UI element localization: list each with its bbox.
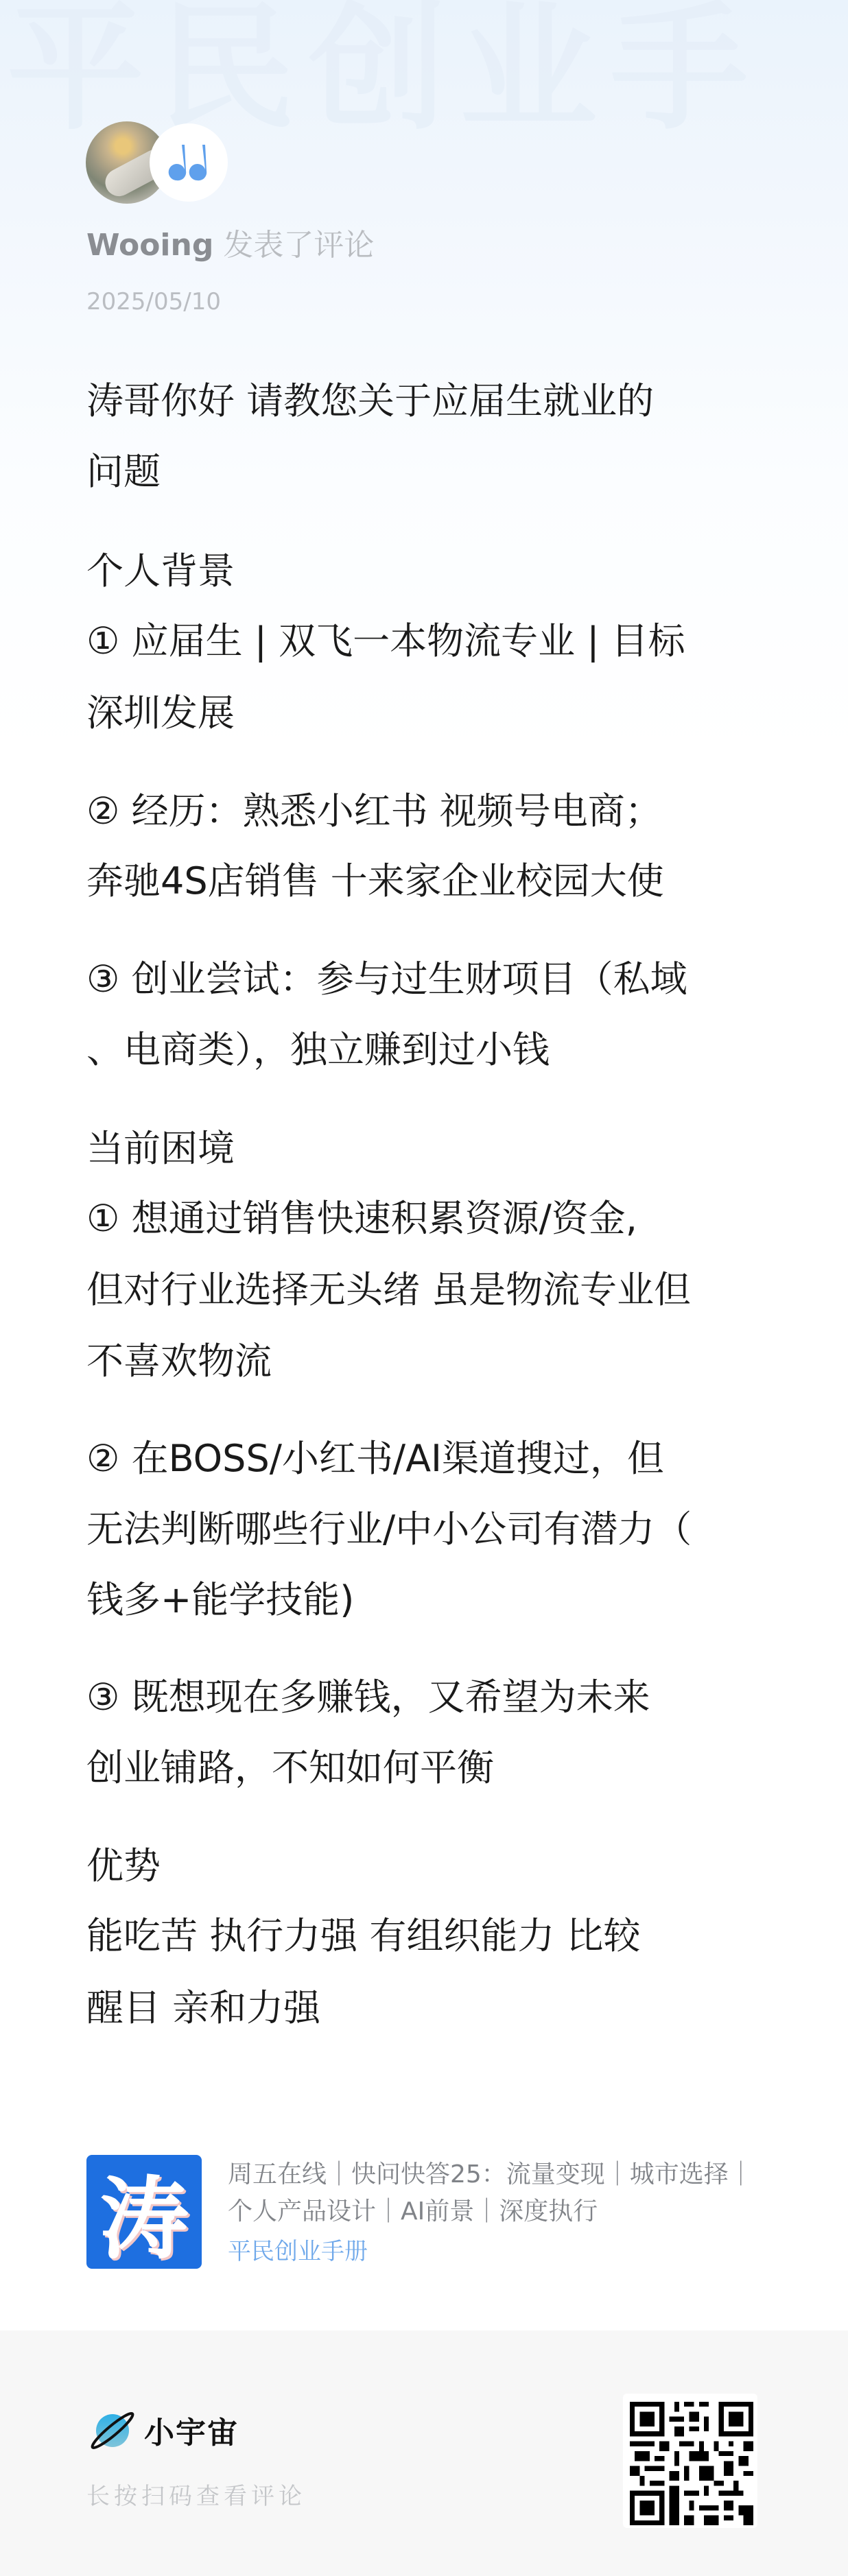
share-footer: 小宇宙 长按扫码查看评论 bbox=[0, 2330, 848, 2576]
comment-line: 深圳发展 bbox=[86, 689, 235, 737]
comment-line: ③ 创业尝试：参与过生财项目（私域 bbox=[86, 955, 687, 1003]
comment-line: ① 应届生 | 双飞一本物流专业 | 目标 bbox=[86, 617, 685, 665]
comment-line: 但对行业选择无头绪 虽是物流专业但 bbox=[86, 1266, 691, 1314]
comment-line: 钱多+能学技能) bbox=[86, 1576, 354, 1624]
qr-code-icon bbox=[630, 2402, 753, 2525]
comment-date: 2025/05/10 bbox=[86, 287, 221, 317]
comment-line: 涛哥你好 请教您关于应届生就业的 bbox=[86, 377, 654, 425]
comment-line: 当前困境 bbox=[86, 1125, 235, 1173]
username[interactable]: Wooing bbox=[86, 228, 213, 263]
comment-line: ② 在BOSS/小红书/AI渠道搜过，但 bbox=[86, 1435, 664, 1483]
comment-line: 、电商类），独立赚到过小钱 bbox=[86, 1026, 550, 1074]
comment-line: 个人背景 bbox=[86, 547, 235, 595]
scan-hint: 长按扫码查看评论 bbox=[86, 2477, 306, 2511]
action-text: 发表了评论 bbox=[223, 228, 374, 263]
comment-line: 优势 bbox=[86, 1842, 161, 1890]
comment-line: ① 想通过销售快速积累资源/资金, bbox=[86, 1195, 637, 1243]
quote-icon bbox=[150, 123, 228, 202]
comment-line: 奔驰4S店销售 十来家企业校园大使 bbox=[86, 857, 664, 905]
episode-card[interactable]: 涛 周五在线｜快问快答25：流量变现｜城市选择｜个人产品设计｜AI前景｜深度执行… bbox=[86, 2155, 773, 2271]
comment-line: 不喜欢物流 bbox=[86, 1337, 272, 1385]
brand-name: 小宇宙 bbox=[144, 2408, 239, 2452]
cover-character: 涛 bbox=[99, 2155, 189, 2269]
comment-line: ② 经历：熟悉小红书 视频号电商； bbox=[86, 787, 662, 835]
podcast-name: 平民创业手册 bbox=[228, 2236, 368, 2267]
comment-line: 无法判断哪些行业/中小公司有潜力（ bbox=[86, 1505, 692, 1553]
comment-line: 能吃苦 执行力强 有组织能力 比较 bbox=[86, 1912, 641, 1960]
qr-code[interactable] bbox=[623, 2394, 757, 2528]
episode-cover: 涛 bbox=[86, 2155, 202, 2269]
comment-byline: Wooing 发表了评论 bbox=[86, 226, 374, 265]
brand-logo-group: 小宇宙 bbox=[86, 2406, 239, 2454]
quote-glyph-icon bbox=[167, 143, 211, 182]
planet-logo-icon bbox=[86, 2406, 141, 2454]
comment-line: 创业铺路，不知如何平衡 bbox=[86, 1744, 494, 1792]
episode-title: 周五在线｜快问快答25：流量变现｜城市选择｜个人产品设计｜AI前景｜深度执行 bbox=[228, 2156, 763, 2230]
comment-line: 问题 bbox=[86, 448, 161, 496]
comment-line: ③ 既想现在多赚钱，又希望为未来 bbox=[86, 1673, 650, 1721]
comment-line: 醒目 亲和力强 bbox=[86, 1984, 320, 2032]
